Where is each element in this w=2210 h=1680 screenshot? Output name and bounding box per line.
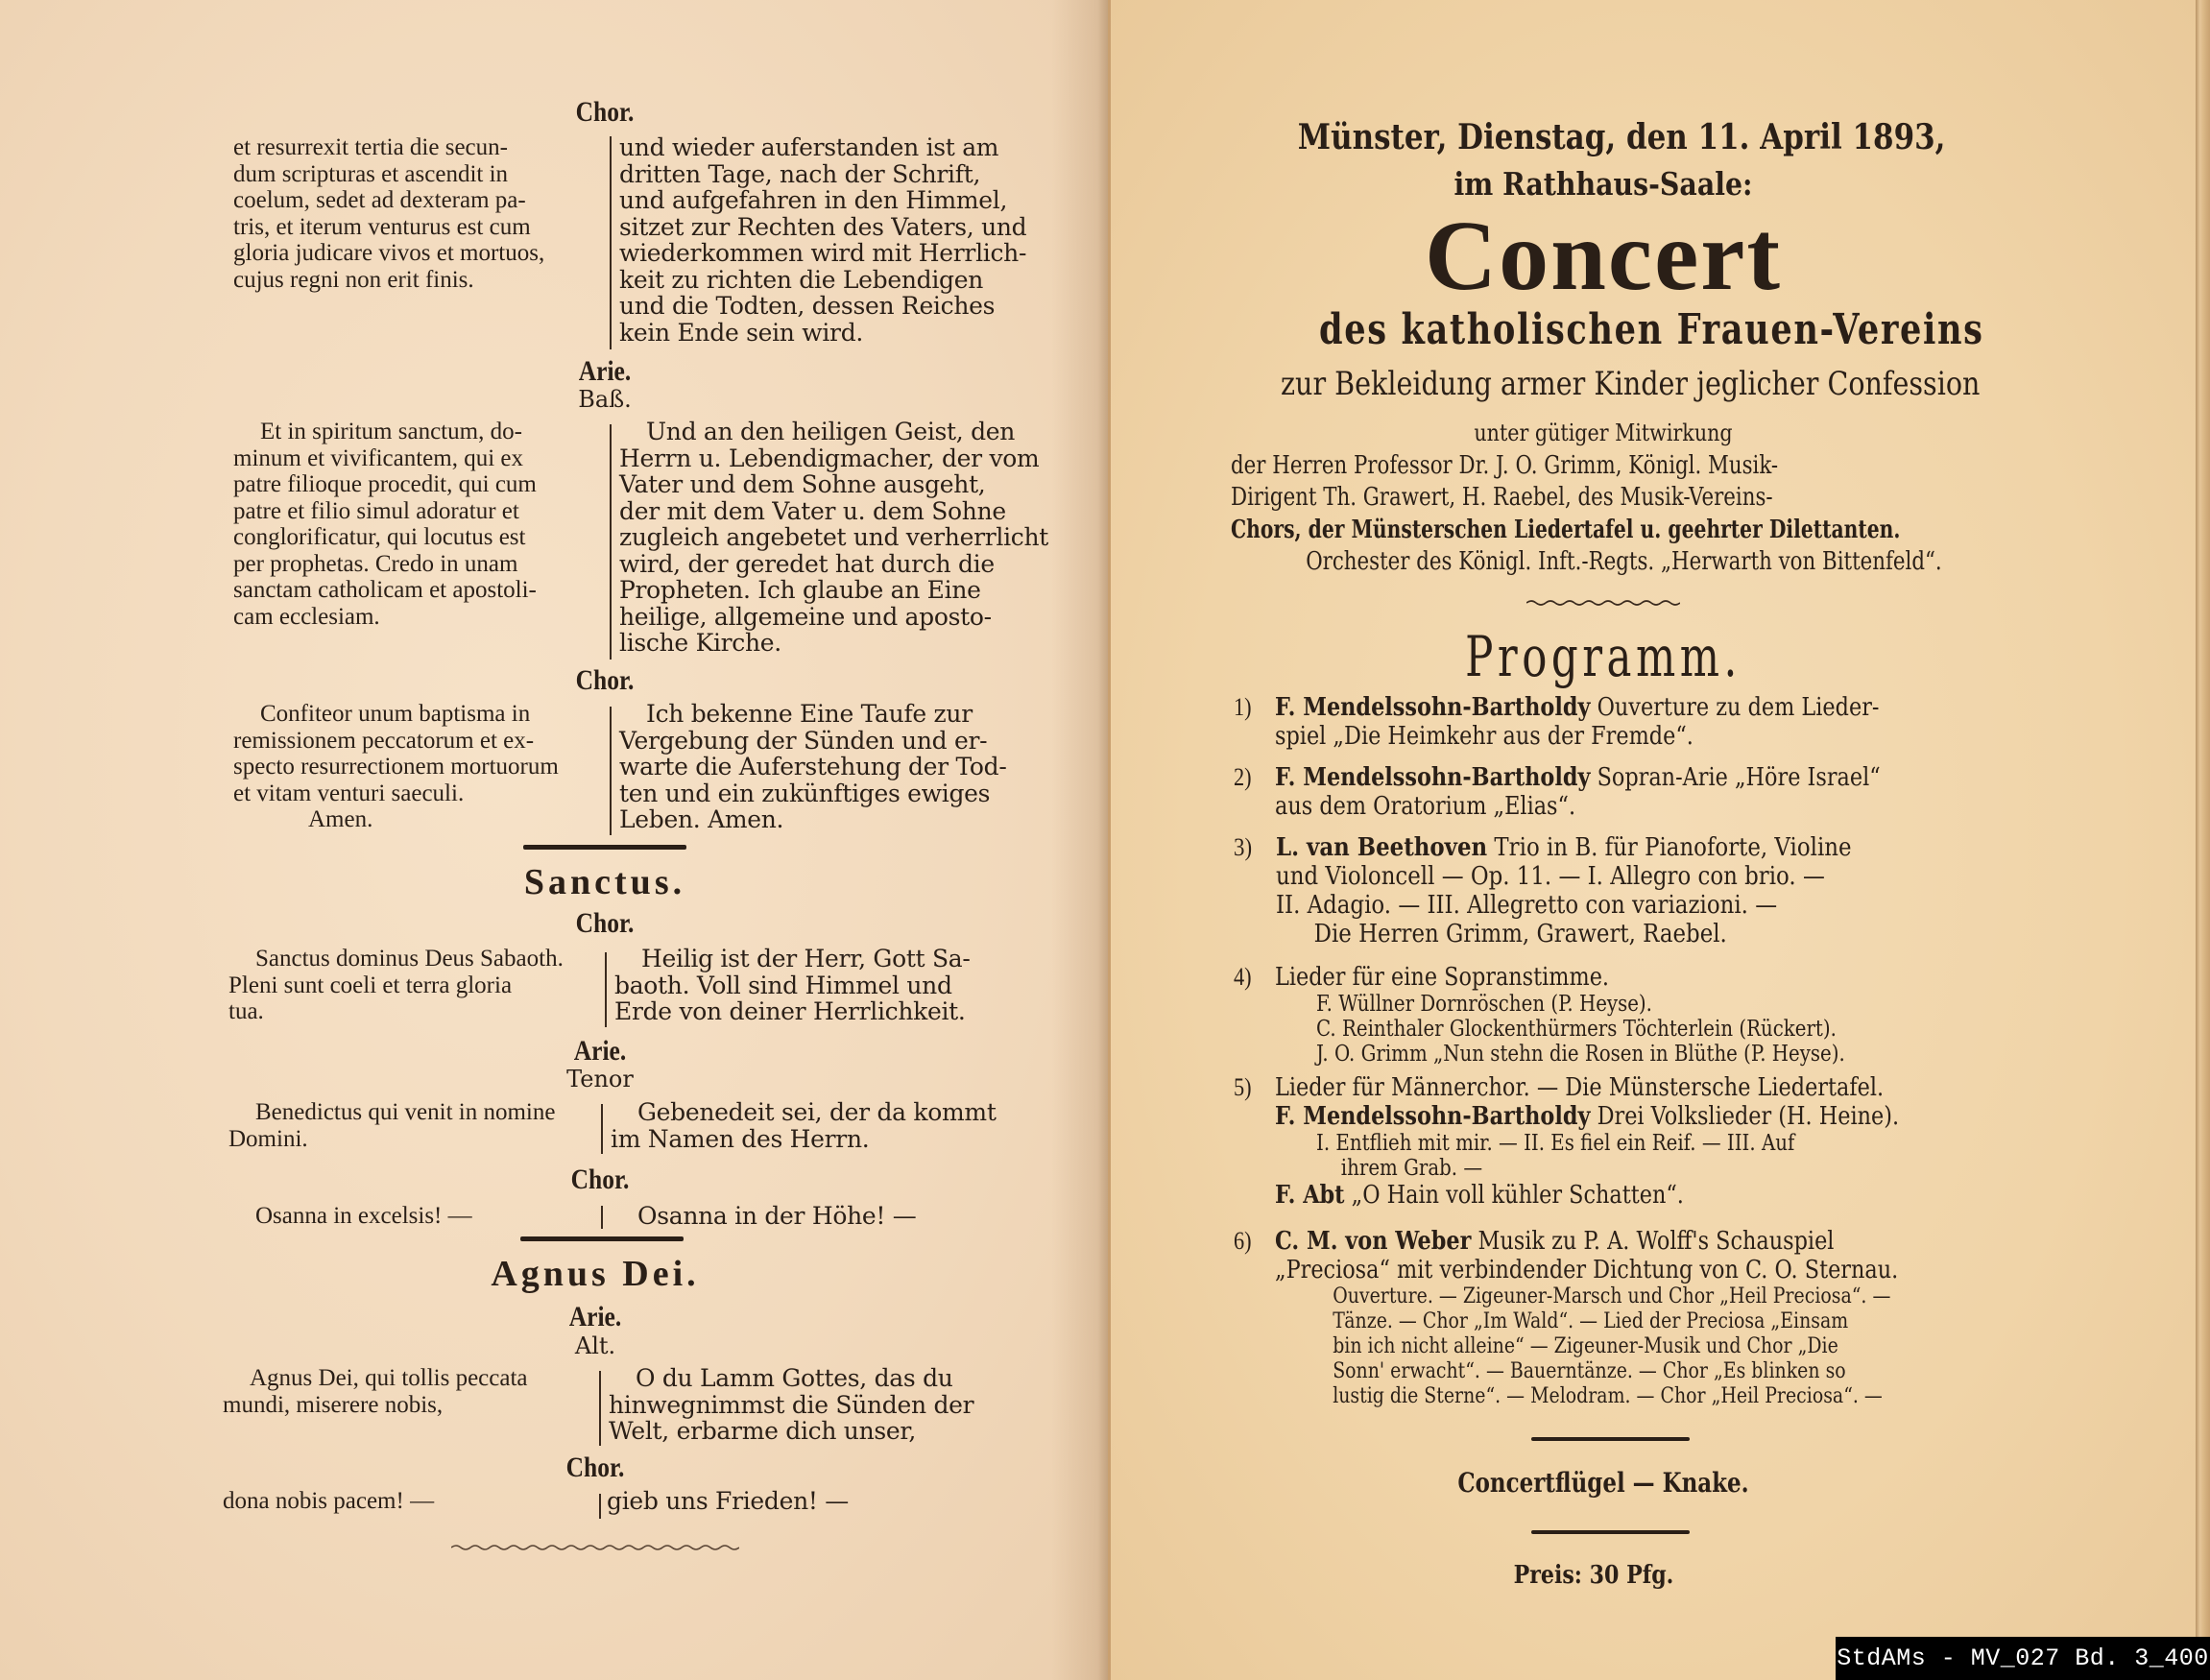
latin-line: gloria judicare vivos et mortuos, bbox=[233, 240, 603, 267]
german-line: wiederkommen wird mit Herrlich- bbox=[619, 240, 989, 267]
voice-label: Baß. bbox=[509, 386, 701, 413]
program-number: 3) bbox=[1234, 833, 1252, 862]
german-column: gieb uns Frieden! — bbox=[607, 1488, 981, 1515]
latin-line: cam ecclesiam. bbox=[233, 604, 603, 631]
section-rule bbox=[1531, 1530, 1690, 1534]
latin-line: coelum, sedet ad dexteram pa- bbox=[233, 187, 603, 214]
latin-line: et resurrexit tertia die secun- bbox=[233, 134, 603, 161]
german-column: Gebenedeit sei, der da kommt im Namen de… bbox=[611, 1099, 985, 1152]
german-column: Ich bekenne Eine Taufe zur Vergebung der… bbox=[619, 701, 989, 833]
latin-line: cujus regni non erit finis. bbox=[233, 267, 603, 294]
voice-label: Tenor bbox=[504, 1066, 696, 1092]
latin-line: Sanctus dominus Deus Sabaoth. bbox=[228, 946, 603, 972]
work-continuation: und Violoncell — Op. 11. — I. Allegro co… bbox=[1276, 862, 1892, 891]
concert-date-line: Münster, Dienstag, den 11. April 1893, bbox=[1298, 117, 1909, 157]
song-line: I. Entflieh mit mir. — II. Es fiel ein R… bbox=[1316, 1131, 1878, 1156]
german-line: Ich bekenne Eine Taufe zur bbox=[619, 701, 989, 728]
book-gutter bbox=[1108, 0, 1111, 1680]
german-line: wird, der geredet hat durch die bbox=[619, 551, 989, 578]
amen-line: Amen. bbox=[233, 806, 603, 833]
latin-line: per prophetas. Credo in unam bbox=[233, 551, 603, 578]
german-line: Vater und dem Sohne ausgeht, bbox=[619, 471, 989, 498]
participants-line: Orchester des Königl. Inft.-Regts. „Herw… bbox=[1306, 547, 1920, 576]
movement-line: Ouverture. — Zigeuner-Marsch und Chor „H… bbox=[1333, 1284, 1878, 1309]
section-heading-chor: Chor. bbox=[523, 96, 686, 129]
section-heading-chor: Chor. bbox=[514, 1452, 677, 1484]
participants-line: Dirigent Th. Grawert, H. Raebel, des Mus… bbox=[1231, 483, 1853, 512]
movement-line: lustig die Sterne“. — Melodram. — Chor „… bbox=[1333, 1384, 1878, 1409]
program-number: 4) bbox=[1234, 963, 1252, 992]
song-line: J. O. Grimm „Nun stehn die Rosen in Blüt… bbox=[1316, 1042, 1878, 1067]
german-line: Heilig ist der Herr, Gott Sa- bbox=[614, 946, 984, 972]
german-line: gieb uns Frieden! — bbox=[607, 1488, 981, 1515]
german-line: Gebenedeit sei, der da kommt bbox=[611, 1099, 985, 1126]
program-number: 2) bbox=[1234, 763, 1252, 792]
program-number: 5) bbox=[1234, 1073, 1252, 1102]
work-continuation: „Preciosa“ mit verbindender Dichtung von… bbox=[1275, 1256, 1878, 1284]
program-title: Programm. bbox=[1409, 624, 1798, 689]
section-rule bbox=[520, 1236, 684, 1241]
german-line: Herrn u. Lebendigmacher, der vom bbox=[619, 445, 989, 472]
german-line: kein Ende sein wird. bbox=[619, 320, 989, 347]
german-line: und wieder auferstanden ist am bbox=[619, 134, 989, 161]
section-heading-chor: Chor. bbox=[518, 1164, 682, 1196]
german-line: und die Todten, dessen Reiches bbox=[619, 293, 989, 320]
archive-reference-label: StdAMs - MV_027 Bd. 3_400 bbox=[1836, 1637, 2210, 1680]
latin-line: patre filioque procedit, qui cum bbox=[233, 471, 603, 498]
book-gutter-shadow bbox=[1051, 0, 1109, 1680]
german-column: und wieder auferstanden ist am dritten T… bbox=[619, 134, 989, 346]
german-line: Und an den heiligen Geist, den bbox=[619, 419, 989, 445]
german-column: O du Lamm Gottes, das du hinwegnimmst di… bbox=[609, 1365, 983, 1445]
column-divider bbox=[610, 424, 612, 660]
participants-line: Chors, der Münsterschen Liedertafel u. g… bbox=[1231, 516, 1822, 544]
german-line: Vergebung der Sünden und er- bbox=[619, 728, 989, 755]
section-rule bbox=[1531, 1437, 1690, 1441]
work-title: Sopran-Arie „Höre Israel“ bbox=[1597, 763, 1881, 792]
wavy-divider bbox=[451, 1544, 739, 1551]
latin-line: patre et filio simul adoratur et bbox=[233, 498, 603, 525]
latin-column: dona nobis pacem! — bbox=[223, 1488, 597, 1515]
latin-column: Sanctus dominus Deus Sabaoth. Pleni sunt… bbox=[228, 946, 603, 1025]
section-title-sanctus: Sanctus. bbox=[413, 861, 797, 903]
section-heading-chor: Chor. bbox=[523, 907, 686, 940]
german-line: lische Kirche. bbox=[619, 630, 989, 657]
voice-label: Alt. bbox=[499, 1332, 691, 1359]
latin-line: remissionem peccatorum et ex- bbox=[233, 728, 603, 755]
german-line: ten und ein zukünftiges ewiges bbox=[619, 780, 989, 807]
section-rule bbox=[523, 845, 686, 850]
work-title: Musik zu P. A. Wolff's Schauspiel bbox=[1478, 1227, 1835, 1256]
latin-line: Et in spiritum sanctum, do- bbox=[233, 419, 603, 445]
german-line: Osanna in der Höhe! — bbox=[611, 1203, 985, 1230]
concert-title: Concert bbox=[1248, 204, 1958, 309]
program-item: 1) F. Mendelssohn-Bartholdy Ouverture zu… bbox=[1234, 693, 1878, 751]
latin-line: conglorificatur, qui locutus est bbox=[233, 524, 603, 551]
program-item: 3) L. van Beethoven Trio in B. für Piano… bbox=[1234, 833, 1892, 948]
latin-line: Benedictus qui venit in nomine bbox=[228, 1099, 603, 1126]
latin-line: Confiteor unum baptisma in bbox=[233, 701, 603, 728]
work-title: „O Hain voll kühler Schatten“. bbox=[1352, 1181, 1684, 1210]
cooperation-line: unter gütiger Mitwirkung bbox=[1298, 420, 1909, 446]
program-item: 6) C. M. von Weber Musik zu P. A. Wolff'… bbox=[1234, 1227, 1878, 1409]
german-column: Heilig ist der Herr, Gott Sa- baoth. Vol… bbox=[614, 946, 984, 1025]
german-line: heilige, allgemeine und aposto- bbox=[619, 604, 989, 631]
german-line: Propheten. Ich glaube an Eine bbox=[619, 577, 989, 604]
movement-line: bin ich nicht alleine“ — Zigeuner-Musik … bbox=[1333, 1334, 1878, 1359]
composer-name: C. M. von Weber bbox=[1275, 1227, 1471, 1256]
german-line: Leben. Amen. bbox=[619, 806, 989, 833]
program-item: 4) Lieder für eine Sopranstimme. F. Wüll… bbox=[1234, 963, 1878, 1067]
work-title: Ouverture zu dem Lieder- bbox=[1597, 693, 1880, 722]
work-title: Drei Volkslieder (H. Heine). bbox=[1597, 1102, 1900, 1131]
piano-credit: Concertflügel — Knake. bbox=[1391, 1467, 1816, 1499]
german-line: und aufgefahren in den Himmel, bbox=[619, 187, 989, 214]
latin-line: dum scripturas et ascendit in bbox=[233, 161, 603, 188]
participants-line: der Herren Professor Dr. J. O. Grimm, Kö… bbox=[1231, 451, 1853, 480]
german-line: sitzet zur Rechten des Vaters, und bbox=[619, 214, 989, 241]
wavy-divider bbox=[1526, 599, 1680, 607]
section-heading-arie: Arie. bbox=[518, 1035, 682, 1068]
composer-name: F. Abt bbox=[1275, 1181, 1345, 1210]
german-line: warte die Auferstehung der Tod- bbox=[619, 754, 989, 780]
concert-venue: im Rathhaus-Saale: bbox=[1298, 165, 1909, 203]
program-item: 2) F. Mendelssohn-Bartholdy Sopran-Arie … bbox=[1234, 763, 1878, 821]
column-divider bbox=[610, 136, 612, 349]
german-line: Welt, erbarme dich unser, bbox=[609, 1418, 983, 1445]
composer-name: F. Mendelssohn-Bartholdy bbox=[1275, 1102, 1590, 1131]
composer-name: F. Mendelssohn-Bartholdy bbox=[1275, 763, 1590, 792]
latin-column: et resurrexit tertia die secun- dum scri… bbox=[233, 134, 603, 293]
latin-line: Osanna in excelsis! — bbox=[228, 1203, 603, 1230]
work-continuation: aus dem Oratorium „Elias“. bbox=[1275, 792, 1878, 821]
section-heading-arie: Arie. bbox=[514, 1301, 677, 1333]
german-line: keit zu richten die Lebendigen bbox=[619, 267, 989, 294]
german-line: baoth. Voll sind Himmel und bbox=[614, 972, 984, 999]
latin-line: specto resurrectionem mortuorum bbox=[233, 754, 603, 780]
latin-column: Agnus Dei, qui tollis peccata mundi, mis… bbox=[223, 1365, 597, 1418]
column-divider bbox=[601, 1104, 603, 1154]
work-continuation: spiel „Die Heimkehr aus der Fremde“. bbox=[1275, 722, 1878, 751]
german-column: Osanna in der Höhe! — bbox=[611, 1203, 985, 1230]
latin-line: tris, et iterum venturus est cum bbox=[233, 214, 603, 241]
column-divider bbox=[599, 1494, 601, 1519]
latin-line: Domini. bbox=[228, 1126, 603, 1153]
german-line: hinwegnimmst die Sünden der bbox=[609, 1392, 983, 1419]
german-line: zugleich angebetet und verherrlicht bbox=[619, 524, 989, 551]
price: Preis: 30 Pfg. bbox=[1423, 1561, 1766, 1590]
latin-line: Agnus Dei, qui tollis peccata bbox=[223, 1365, 597, 1392]
latin-line: tua. bbox=[228, 998, 603, 1025]
song-line: C. Reinthaler Glockenthürmers Töchterlei… bbox=[1316, 1017, 1878, 1042]
movement-line: Sonn' erwacht“. — Bauerntänze. — Chor „E… bbox=[1333, 1359, 1878, 1384]
song-line: F. Wüllner Dornröschen (P. Heyse). bbox=[1316, 992, 1878, 1017]
latin-line: mundi, miserere nobis, bbox=[223, 1392, 597, 1419]
latin-column: Confiteor unum baptisma in remissionem p… bbox=[233, 701, 603, 833]
column-divider bbox=[601, 1206, 603, 1229]
work-continuation: II. Adagio. — III. Allegretto con variaz… bbox=[1276, 891, 1892, 920]
program-number: 6) bbox=[1234, 1227, 1252, 1256]
page-edge bbox=[2196, 0, 2210, 1680]
work-title: Trio in B. für Pianoforte, Violine bbox=[1494, 833, 1851, 862]
column-divider bbox=[599, 1371, 601, 1446]
german-line: O du Lamm Gottes, das du bbox=[609, 1365, 983, 1392]
work-title: Lieder für Männerchor. — Die Münstersche… bbox=[1275, 1073, 1878, 1102]
latin-column: Et in spiritum sanctum, do- minum et viv… bbox=[233, 419, 603, 630]
section-heading-chor: Chor. bbox=[523, 664, 686, 697]
column-divider bbox=[605, 952, 607, 1027]
work-title: Lieder für eine Sopranstimme. bbox=[1275, 963, 1878, 992]
german-line: Erde von deiner Herrlichkeit. bbox=[614, 998, 984, 1025]
latin-line: dona nobis pacem! — bbox=[223, 1488, 597, 1515]
section-title-agnus-dei: Agnus Dei. bbox=[403, 1253, 787, 1295]
column-divider bbox=[610, 707, 612, 835]
latin-line: minum et vivificantem, qui ex bbox=[233, 445, 603, 472]
latin-line: sanctam catholicam et apostoli- bbox=[233, 577, 603, 604]
german-line: im Namen des Herrn. bbox=[611, 1126, 985, 1153]
song-line: ihrem Grab. — bbox=[1316, 1156, 1878, 1181]
german-line: dritten Tage, nach der Schrift, bbox=[619, 161, 989, 188]
concert-organizer: des katholischen Frauen-Vereins bbox=[1319, 305, 1887, 354]
german-line: der mit dem Vater u. dem Sohne bbox=[619, 498, 989, 525]
latin-line: et vitam venturi saeculi. bbox=[233, 780, 603, 807]
latin-column: Benedictus qui venit in nomine Domini. bbox=[228, 1099, 603, 1152]
latin-column: Osanna in excelsis! — bbox=[228, 1203, 603, 1230]
movement-line: Tänze. — Chor „Im Wald“. — Lied der Prec… bbox=[1333, 1309, 1878, 1334]
section-heading-arie: Arie. bbox=[523, 355, 686, 388]
program-item: 5) Lieder für Männerchor. — Die Münsters… bbox=[1234, 1073, 1878, 1210]
composer-name: L. van Beethoven bbox=[1276, 833, 1487, 862]
german-column: Und an den heiligen Geist, den Herrn u. … bbox=[619, 419, 989, 657]
composer-name: F. Mendelssohn-Bartholdy bbox=[1275, 693, 1590, 722]
latin-line: Pleni sunt coeli et terra gloria bbox=[228, 972, 603, 999]
concert-purpose: zur Bekleidung armer Kinder jeglicher Co… bbox=[1281, 365, 1926, 403]
performers: Die Herren Grimm, Grawert, Raebel. bbox=[1276, 920, 1892, 948]
program-number: 1) bbox=[1234, 693, 1252, 722]
